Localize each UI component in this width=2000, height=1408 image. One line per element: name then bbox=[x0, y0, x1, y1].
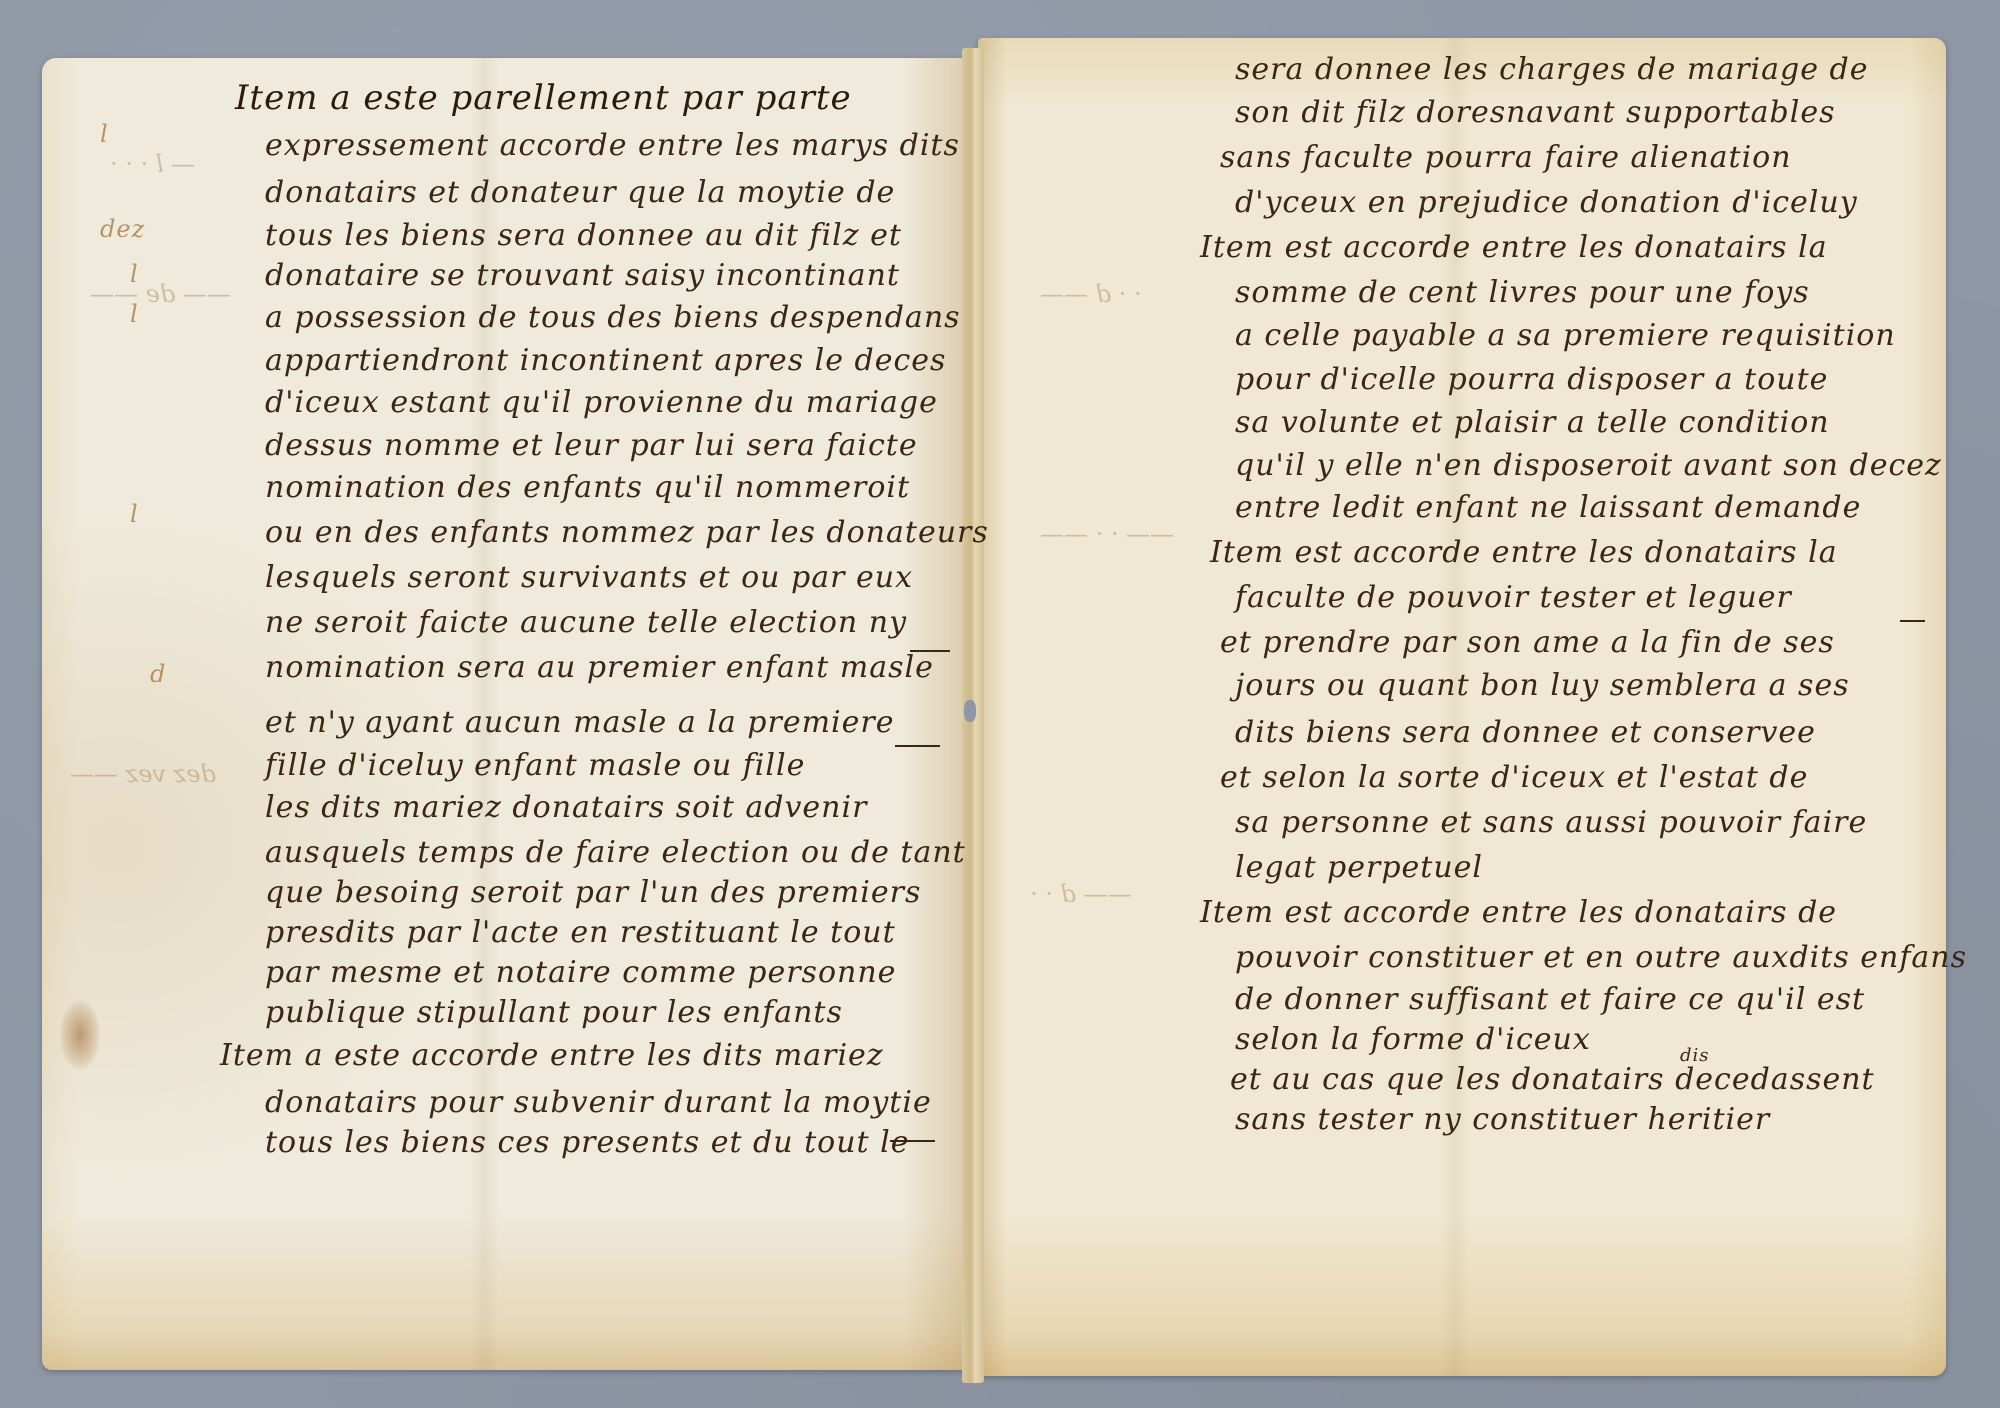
text-line: Item est accorde entre les donatairs la bbox=[1200, 230, 1828, 265]
text-line: d'iceux estant qu'il provienne du mariag… bbox=[265, 385, 938, 420]
text-line: legat perpetuel bbox=[1235, 850, 1483, 885]
text-line: Item est accorde entre les donatairs de bbox=[1200, 895, 1837, 930]
text-line: dessus nomme et leur par lui sera faicte bbox=[265, 428, 918, 463]
text-line: sa volunte et plaisir a telle condition bbox=[1235, 405, 1830, 440]
text-line: donatairs et donateur que la moytie de bbox=[265, 175, 895, 210]
margin-note: l bbox=[100, 120, 109, 148]
text-line: et au cas que les donatairs decedassent bbox=[1230, 1062, 1875, 1097]
text-line: sa personne et sans aussi pouvoir faire bbox=[1235, 805, 1867, 840]
margin-note: l bbox=[130, 260, 139, 288]
text-line: sans faculte pourra faire alienation bbox=[1220, 140, 1792, 175]
text-line: pouvoir constituer et en outre auxdits e… bbox=[1235, 940, 1967, 975]
text-line: sans tester ny constituer heritier bbox=[1235, 1102, 1770, 1137]
text-line: ne seroit faicte aucune telle election n… bbox=[265, 605, 907, 640]
text-line: a celle payable a sa premiere requisitio… bbox=[1235, 318, 1896, 353]
text-line: que besoing seroit par l'un des premiers bbox=[265, 875, 921, 910]
bleed-through-text: —— de —— bbox=[90, 280, 231, 308]
text-line: et selon la sorte d'iceux et l'estat de bbox=[1220, 760, 1808, 795]
bleed-through-text: dez vez —— bbox=[70, 760, 216, 788]
line-filler-stroke bbox=[910, 650, 950, 652]
text-line: a possession de tous des biens despendan… bbox=[265, 300, 961, 335]
text-line: nomination des enfants qu'il nommeroit bbox=[265, 470, 910, 505]
text-line: publique stipullant pour les enfants bbox=[265, 995, 843, 1030]
bleed-through-text: —— · · —— bbox=[1040, 520, 1174, 548]
text-line: son dit filz doresnavant supportables bbox=[1235, 95, 1835, 130]
text-line: Item est accorde entre les donatairs la bbox=[1210, 535, 1838, 570]
margin-note: l bbox=[130, 500, 139, 528]
text-line: tous les biens sera donnee au dit filz e… bbox=[265, 218, 902, 253]
line-filler-stroke bbox=[890, 1140, 935, 1142]
text-line: nomination sera au premier enfant masle bbox=[265, 650, 934, 685]
interlinear-note: dis bbox=[1680, 1045, 1710, 1066]
line-filler-stroke bbox=[1900, 620, 1925, 622]
text-line: donataire se trouvant saisy incontinant bbox=[265, 258, 900, 293]
text-line: faculte de pouvoir tester et leguer bbox=[1235, 580, 1792, 615]
text-line: ou en des enfants nommez par les donateu… bbox=[265, 515, 989, 550]
line-filler-stroke bbox=[895, 745, 940, 747]
text-line: appartiendront incontinent apres le dece… bbox=[265, 343, 946, 378]
text-line: d'yceux en prejudice donation d'iceluy bbox=[1235, 185, 1858, 220]
text-line: qu'il y elle n'en disposeroit avant son … bbox=[1235, 448, 1942, 483]
text-line: ausquels temps de faire election ou de t… bbox=[265, 835, 966, 870]
bleed-through-text: — l · · · bbox=[110, 150, 195, 178]
text-line: par mesme et notaire comme personne bbox=[265, 955, 896, 990]
text-line: de donner suffisant et faire ce qu'il es… bbox=[1235, 982, 1865, 1017]
margin-note: d bbox=[150, 660, 166, 688]
text-line: et prendre par son ame a la fin de ses bbox=[1220, 625, 1835, 660]
bleed-through-text: · · d —— bbox=[1040, 280, 1142, 308]
text-line: pour d'icelle pourra disposer a toute bbox=[1235, 362, 1828, 397]
margin-note: dez bbox=[100, 215, 145, 243]
manuscript-spread: — l · · · —— de —— dez vez —— · · d —— —… bbox=[0, 0, 2000, 1408]
text-line: donatairs pour subvenir durant la moytie bbox=[265, 1085, 932, 1120]
margin-note: l bbox=[130, 300, 139, 328]
text-line: expressement accorde entre les marys dit… bbox=[265, 128, 960, 163]
text-line: lesquels seront survivants et ou par eux bbox=[265, 560, 913, 595]
text-line: et n'y ayant aucun masle a la premiere bbox=[265, 705, 894, 740]
text-line: entre ledit enfant ne laissant demande bbox=[1235, 490, 1861, 525]
text-line: fille d'iceluy enfant masle ou fille bbox=[265, 748, 805, 783]
text-line: tous les biens ces presents et du tout l… bbox=[265, 1125, 910, 1160]
paper-hole bbox=[964, 700, 976, 722]
text-line: somme de cent livres pour une foys bbox=[1235, 275, 1810, 310]
text-line: presdits par l'acte en restituant le tou… bbox=[265, 915, 896, 950]
text-line: sera donnee les charges de mariage de bbox=[1235, 52, 1868, 87]
bleed-through-text: —— d · · bbox=[1030, 880, 1132, 908]
text-line: les dits mariez donatairs soit advenir bbox=[265, 790, 867, 825]
text-line: selon la forme d'iceux bbox=[1235, 1022, 1591, 1057]
text-line: Item a este accorde entre les dits marie… bbox=[220, 1038, 884, 1073]
ink-stain bbox=[60, 1000, 100, 1070]
text-line: dits biens sera donnee et conservee bbox=[1235, 715, 1816, 750]
text-line: Item a este parellement par parte bbox=[235, 78, 852, 118]
text-line: jours ou quant bon luy semblera a ses bbox=[1235, 668, 1850, 703]
